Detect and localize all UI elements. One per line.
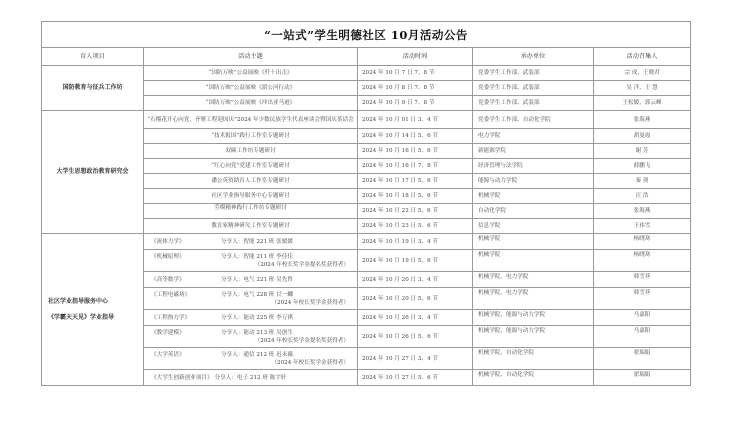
time-cell: 2024 年 10 月 7 日 7、8 节	[358, 66, 473, 81]
time-cell: 2024 年 10 月 22 日 5、6 节	[358, 204, 473, 219]
person-cell: 翟瑞娟	[594, 370, 691, 386]
time-cell: 2024 年 10 月 16 日 7、8 节	[358, 159, 473, 174]
unit-cell: 机械学院、自动化学院	[473, 348, 594, 370]
unit-cell: 机械学院	[473, 189, 594, 204]
person-cell: 张海燕	[594, 204, 691, 219]
book-title: 《大学英语》	[151, 351, 221, 359]
topic-cell: 双碳工作坊专题研讨	[144, 144, 358, 159]
table-header: 育人项目 活动主题 活动时间 承办单位 活动召集人	[42, 48, 691, 66]
unit-cell: 机械学院、电力学院	[473, 272, 594, 288]
book-title: 《工程电磁场》	[151, 291, 221, 299]
person-cell: 马嘉阳	[594, 310, 691, 326]
sharer: 分享人：能动 213 班 吴创生	[221, 329, 355, 337]
unit-cell: 党委学生工作部、自动化学院	[473, 111, 594, 129]
page-title: “一站式”学生明德社区 10月活动公告	[42, 22, 691, 48]
topic-cell: 《机械原理》分享人：智能 211 班 李佳佳 （2024 年校长奖学金提名奖获得…	[144, 250, 358, 272]
topic-cell: 《数学建模》分享人：能动 213 班 吴创生 （2024 年校长奖学金提名奖获得…	[144, 326, 358, 348]
topic-cell: “国防万映”公益展映《冲出亚马逊》	[144, 96, 358, 111]
header-unit: 承办单位	[473, 48, 594, 66]
time-cell: 2024 年 10 月 26 日 5、6 节	[358, 326, 473, 348]
topic-cell: “技术报国”践行工作室专题研讨	[144, 129, 358, 144]
unit-cell: 信息学院	[473, 219, 594, 234]
person-cell: 谢 芳	[594, 144, 691, 159]
time-cell: 2024 年 10 月 14 日 5、6 节	[358, 129, 473, 144]
table-row: 社区学业指导服务中心 《学霸天天见》学业指导 《流体力学》分享人：智能 221 …	[42, 234, 691, 250]
person-cell: 翟瑞娟	[594, 348, 691, 370]
unit-cell: 电力学院	[473, 129, 594, 144]
topic-cell: 《大学英语》分享人：通信 212 班 迟未薇 （2024 年校长奖学金获得者）	[144, 348, 358, 370]
sharer: 分享人：通信 212 班 迟未薇	[221, 351, 355, 359]
award-note: （2024 年校长奖学金提名奖获得者）	[151, 337, 355, 345]
table-row: 国防教育与征兵工作坊 “国防万映”公益展映《歼十出击》 2024 年 10 月 …	[42, 66, 691, 81]
award-note: （2024 年校长奖学金获得者）	[151, 359, 355, 367]
book-title: 《高等数学》	[151, 276, 221, 284]
time-cell: 2024 年 10 月 8 日 7、8 节	[358, 81, 473, 96]
project-cell: 大学生思想政治教育研究会	[42, 111, 144, 234]
header-topic: 活动主题	[144, 48, 358, 66]
unit-cell: 机械学院、自动化学院	[473, 370, 594, 386]
person-cell: 张海燕	[594, 111, 691, 129]
time-cell: 2024 年 10 月 19 日 3、4 节	[358, 234, 473, 250]
topic-cell: 《流体力学》分享人：智能 221 班 张媛媛	[144, 234, 358, 250]
project-cell: 国防教育与征兵工作坊	[42, 66, 144, 111]
time-cell: 2024 年 10 月 26 日 3、4 节	[358, 310, 473, 326]
book-title: 《工程热力学》	[151, 314, 221, 322]
topic-cell: 《大学生创新创业项目》分享人：电子 212 班 陈宇轩	[144, 370, 358, 386]
unit-cell: 自动化学院	[473, 204, 594, 219]
person-cell: 胡曼霞	[594, 129, 691, 144]
person-cell: 王祎雪	[594, 219, 691, 234]
book-title: 《数学建模》	[151, 329, 221, 337]
table-row: 大学生思想政治教育研究会 “石榴花开心向党，齐聚工程迎国庆”2024 年少数民族…	[42, 111, 691, 129]
project-cell: 社区学业指导服务中心 《学霸天天见》学业指导	[42, 234, 144, 386]
time-cell: 2024 年 10 月 19 日 5、6 节	[358, 250, 473, 272]
project-line-2: 《学霸天天见》学业指导	[48, 314, 141, 322]
topic-cell: 《高等数学》分享人：电气 221 班 吴先哲	[144, 272, 358, 288]
time-cell: 2024 年 10 月 18 日 5、6 节	[358, 189, 473, 204]
time-cell: 2024 年 10 月 20 日 3、4 节	[358, 272, 473, 288]
unit-cell: 机械学院、能源与动力学院	[473, 310, 594, 326]
sharer: 分享人：能动 225 班 李万祺	[221, 314, 355, 322]
book-title: 《大学生创新创业项目》	[151, 374, 213, 382]
unit-cell: 机械学院	[473, 250, 594, 272]
topic-cell: “国防万映”公益展映《湄公河行动》	[144, 81, 358, 96]
person-cell: 韩雪菲	[594, 288, 691, 310]
person-cell: 吴 洋、王 慧	[594, 81, 691, 96]
person-cell: 薛鹏飞	[594, 159, 691, 174]
award-note: （2024 年校长奖学金提名奖获得者）	[151, 261, 355, 269]
time-cell: 2024 年 10 月 27 日 3、4 节	[358, 348, 473, 370]
unit-cell: 能源与动力学院	[473, 174, 594, 189]
topic-cell: 教育家精神研究工作室专题研讨	[144, 219, 358, 234]
announcement-sheet: “一站式”学生明德社区 10月活动公告 育人项目 活动主题 活动时间 承办单位 …	[41, 21, 690, 386]
unit-cell: 党委学生工作部、武装部	[473, 66, 594, 81]
project-line-1: 社区学业指导服务中心	[48, 298, 141, 306]
unit-cell: 机械学院、电力学院	[473, 288, 594, 310]
sharer: 分享人：电气 228 班 甘一麟	[221, 291, 355, 299]
topic-cell: “国防万映”公益展映《歼十出击》	[144, 66, 358, 81]
unit-cell: 机械学院	[473, 234, 594, 250]
person-cell: 宗 成、王晓君	[594, 66, 691, 81]
time-cell: 2024 年 10 月 27 日 5、6 节	[358, 370, 473, 386]
time-cell: 2024 年 10 月 20 日 5、6 节	[358, 288, 473, 310]
topic-cell: 潘公英资助育人工作室专题研讨	[144, 174, 358, 189]
topic-cell: 《工程热力学》分享人：能动 225 班 李万祺	[144, 310, 358, 326]
sharer: 分享人：智能 211 班 李佳佳	[221, 253, 355, 261]
person-cell: 秦 剑	[594, 174, 691, 189]
unit-cell: 新能源学院	[473, 144, 594, 159]
person-cell: 王松媛、郭云峰	[594, 96, 691, 111]
book-title: 《流体力学》	[151, 238, 221, 246]
time-cell: 2024 年 10 月 23 日 5、6 节	[358, 219, 473, 234]
unit-cell: 经济管理与法学院	[473, 159, 594, 174]
person-cell: 杨晓寒	[594, 234, 691, 250]
unit-cell: 党委学生工作部、武装部	[473, 81, 594, 96]
award-note: （2024 年校长奖学金获得者）	[151, 299, 355, 307]
unit-cell: 机械学院、能源与动力学院	[473, 326, 594, 348]
sharer: 分享人：电气 221 班 吴先哲	[221, 276, 355, 284]
book-title: 《机械原理》	[151, 253, 221, 261]
topic-cell: 社区学业指导服务中心专题研讨	[144, 189, 358, 204]
person-cell: 马嘉阳	[594, 326, 691, 348]
time-cell: 2024 年 10 月 01 日 3、4 节	[358, 111, 473, 129]
person-cell: 韩雪菲	[594, 272, 691, 288]
person-cell: 杨晓寒	[594, 250, 691, 272]
person-cell: 汪 浩	[594, 189, 691, 204]
sharer: 分享人：电子 212 班 陈宇轩	[215, 374, 355, 382]
topic-cell: “石榴花开心向党，齐聚工程迎国庆”2024 年少数民族学生代表座谈会暨国庆茶话会	[144, 111, 358, 129]
activity-table: “一站式”学生明德社区 10月活动公告 育人项目 活动主题 活动时间 承办单位 …	[41, 21, 691, 386]
time-cell: 2024 年 10 月 16 日 5、6 节	[358, 144, 473, 159]
time-cell: 2024 年 10 月 17 日 5、6 节	[358, 174, 473, 189]
topic-cell: “红心向党”党建工作室专题研讨	[144, 159, 358, 174]
header-time: 活动时间	[358, 48, 473, 66]
header-project: 育人项目	[42, 48, 144, 66]
unit-cell: 党委学生工作部、武装部	[473, 96, 594, 111]
header-person: 活动召集人	[594, 48, 691, 66]
time-cell: 2024 年 10 月 9 日 7、8 节	[358, 96, 473, 111]
sharer: 分享人：智能 221 班 张媛媛	[221, 238, 355, 246]
topic-cell: 劳模精神践行工作坊专题研讨	[144, 204, 358, 219]
topic-cell: 《工程电磁场》分享人：电气 228 班 甘一麟 （2024 年校长奖学金获得者）	[144, 288, 358, 310]
